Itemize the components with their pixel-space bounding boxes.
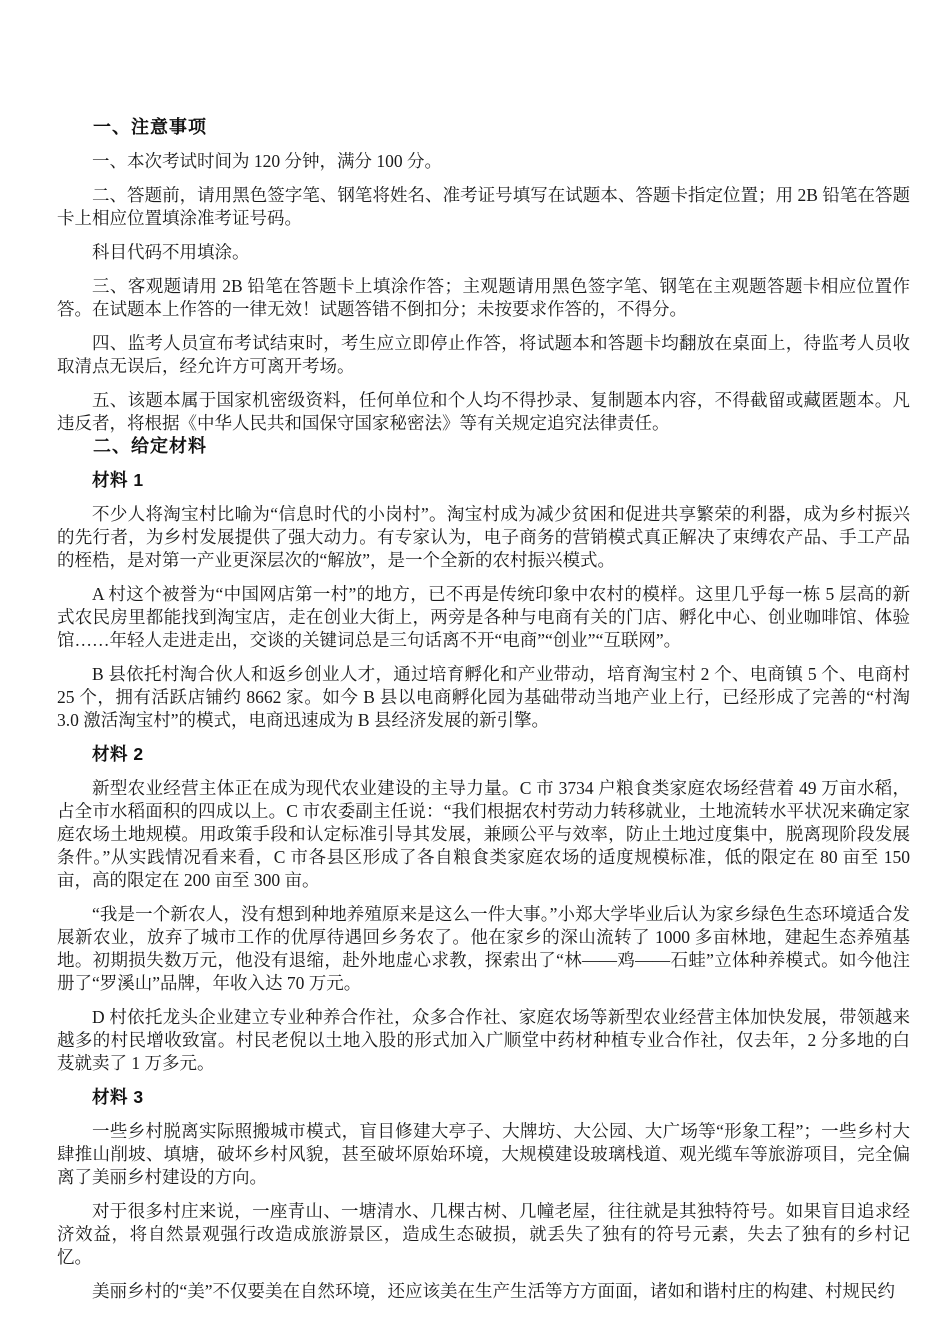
notice-item-2: 二、答题前，请用黑色签字笔、钢笔将姓名、准考证号填写在试题本、答题卡指定位置；用… [57,184,910,230]
material-3-paragraph-3: 美丽乡村的“美”不仅要美在自然环境，还应该美在生产生活等方方面面，诸如和谐村庄的… [57,1280,910,1303]
material-3-title: 材料 3 [57,1086,910,1109]
material-3-paragraph-1: 一些乡村脱离实际照搬城市模式，盲目修建大亭子、大牌坊、大公园、大广场等“形象工程… [57,1120,910,1189]
material-1-title: 材料 1 [57,469,910,492]
notice-item-3: 三、客观题请用 2B 铅笔在答题卡上填涂作答；主观题请用黑色签字笔、钢笔在主观题… [57,275,910,321]
material-1-paragraph-2: A 村这个被誉为“中国网店第一村”的地方，已不再是传统印象中农村的模样。这里几乎… [57,583,910,652]
material-2-paragraph-2: “我是一个新农人，没有想到种地养殖原来是这么一件大事。”小郑大学毕业后认为家乡绿… [57,903,910,995]
notice-item-4: 四、监考人员宣布考试结束时，考生应立即停止作答，将试题本和答题卡均翻放在桌面上，… [57,332,910,378]
material-2-paragraph-3: D 村依托龙头企业建立专业种养合作社，众多合作社、家庭农场等新型农业经营主体加快… [57,1006,910,1075]
notice-item-1: 一、本次考试时间为 120 分钟，满分 100 分。 [57,150,910,173]
materials-section-title: 二、给定材料 [57,435,910,458]
material-2-paragraph-1: 新型农业经营主体正在成为现代农业建设的主导力量。C 市 3734 户粮食类家庭农… [57,777,910,892]
exam-paper-page: 一、注意事项 一、本次考试时间为 120 分钟，满分 100 分。 二、答题前，… [0,0,950,1344]
notice-section-title: 一、注意事项 [57,116,910,139]
notice-item-5: 五、该题本属于国家机密级资料，任何单位和个人均不得抄录、复制题本内容，不得截留或… [57,389,910,435]
material-2-title: 材料 2 [57,743,910,766]
notice-item-subject-code: 科目代码不用填涂。 [57,241,910,264]
materials-section: 二、给定材料 材料 1 不少人将淘宝村比喻为“信息时代的小岗村”。淘宝村成为减少… [57,435,910,1303]
notice-section: 一、注意事项 一、本次考试时间为 120 分钟，满分 100 分。 二、答题前，… [57,116,910,435]
material-3-paragraph-2: 对于很多村庄来说，一座青山、一塘清水、几棵古树、几幢老屋，往往就是其独特符号。如… [57,1200,910,1269]
material-1-paragraph-1: 不少人将淘宝村比喻为“信息时代的小岗村”。淘宝村成为减少贫困和促进共享繁荣的利器… [57,503,910,572]
material-1-paragraph-3: B 县依托村淘合伙人和返乡创业人才，通过培育孵化和产业带动，培育淘宝村 2 个、… [57,663,910,732]
